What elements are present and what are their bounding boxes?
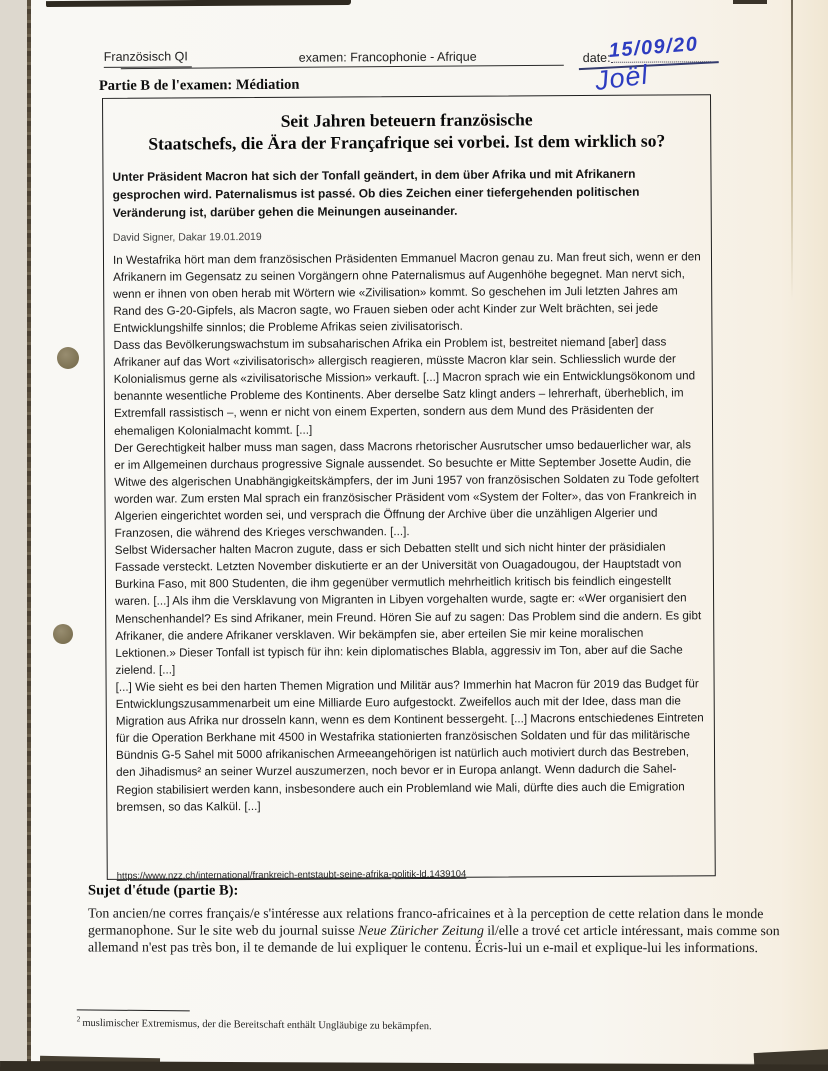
source-url: https://www.nzz.ch/international/frankre… xyxy=(117,869,467,882)
handwritten-signature: Joël xyxy=(593,59,650,97)
article-paragraph: Der Gerechtigkeit halber muss man sagen,… xyxy=(114,436,704,542)
page-content: Französisch QI examen: Francophonie - Af… xyxy=(0,0,828,1071)
article-paragraph: In Westafrika hört man dem französischen… xyxy=(113,248,703,337)
article-box: Seit Jahren beteuern französische Staats… xyxy=(102,94,716,880)
footnote-rule xyxy=(77,1009,190,1011)
exam-title: examen: Francophonie - Afrique xyxy=(299,50,477,65)
journal-name: Neue Züricher Zeitung xyxy=(358,923,484,938)
article-paragraph: Dass das Bevölkerungswachstum im subsaha… xyxy=(113,333,703,439)
task-body: Ton ancien/ne corres français/e s'intére… xyxy=(88,905,820,956)
date-label: date: xyxy=(583,51,611,65)
article-lead: Unter Präsident Macron hat sich der Tonf… xyxy=(112,164,701,222)
footnote: 2muslimischer Extremismus, der die Berei… xyxy=(77,1009,432,1032)
footnote-marker: 2 xyxy=(77,1014,81,1023)
article-title-line2: Staatschefs, die Ära der Françafrique se… xyxy=(103,129,710,155)
article-paragraph: Selbst Widersacher halten Macron zugute,… xyxy=(115,538,705,678)
article-body: In Westafrika hört man dem französischen… xyxy=(113,248,705,816)
part-title: Partie B de l'examen: Médiation xyxy=(99,77,300,95)
footnote-text: 2muslimischer Extremismus, der die Berei… xyxy=(77,1014,432,1032)
scanned-exam-page: Französisch QI examen: Francophonie - Af… xyxy=(0,0,828,1071)
article-byline: David Signer, Dakar 19.01.2019 xyxy=(113,228,702,244)
article-title: Seit Jahren beteuern französische Staats… xyxy=(103,107,710,155)
task-section: Sujet d'étude (partie B): Ton ancien/ne … xyxy=(88,882,820,956)
footnote-body: muslimischer Extremismus, der die Bereit… xyxy=(82,1018,431,1032)
task-heading: Sujet d'étude (partie B): xyxy=(88,882,820,900)
article-inner: Seit Jahren beteuern französische Staats… xyxy=(103,107,715,891)
course-label: Französisch QI xyxy=(104,49,192,68)
article-paragraph: [...] Wie sieht es bei den harten Themen… xyxy=(116,675,706,815)
